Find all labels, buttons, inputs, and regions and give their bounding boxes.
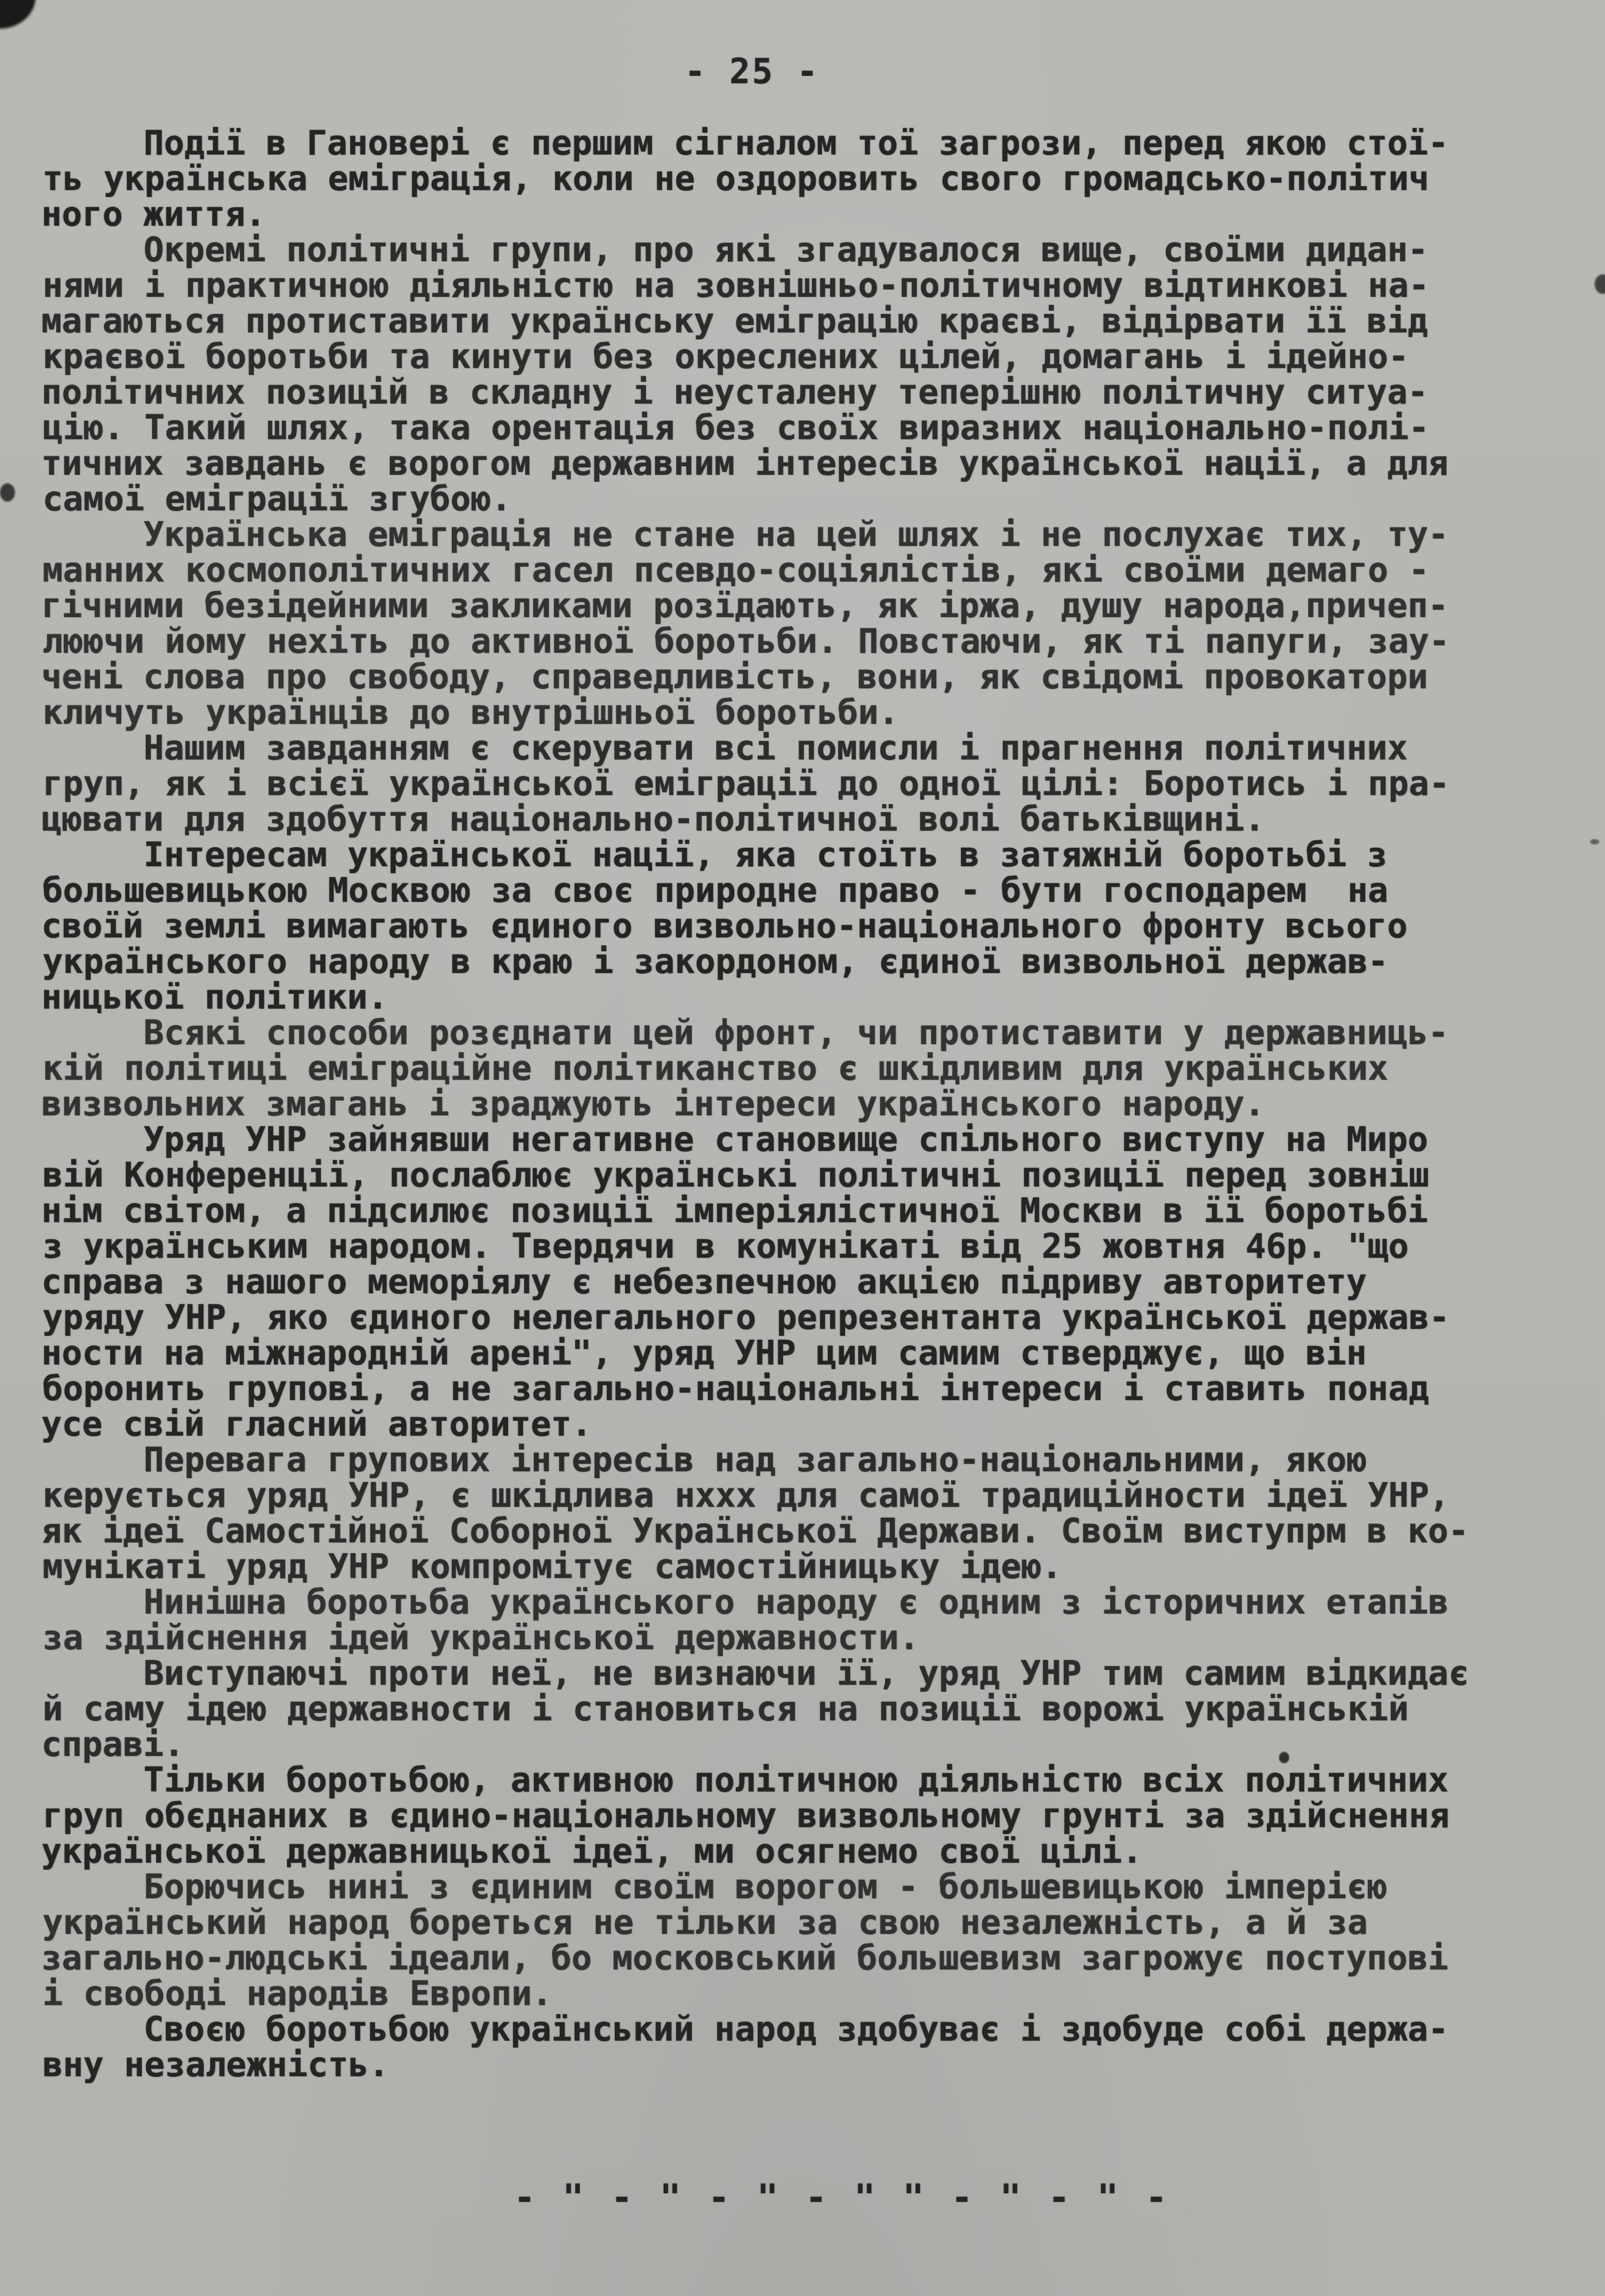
scan-artifact-dot [1595, 274, 1605, 294]
text-line: чені слова про свободу, справедливість, … [41, 659, 1559, 695]
paragraph: Перевага групових інтересів над загально… [41, 1442, 1559, 1584]
footer-divider: - " - " - " - " " - " - " - [514, 2177, 1170, 2219]
text-line: цію. Такий шлях, така орентація без свої… [42, 410, 1560, 445]
scan-artifact-dot [1590, 839, 1599, 844]
text-line: Тільки боротьбою, активною політичною ді… [41, 1762, 1559, 1798]
paragraph: Інтересам української нації, яка стоїть … [41, 837, 1559, 1015]
paragraph: Всякі способи розєднати цей фронт, чи пр… [41, 1015, 1559, 1122]
text-line: український народ бореться не тільки за … [42, 1905, 1560, 1940]
text-line: своїй землі вимагають єдиного визвольно-… [41, 908, 1559, 944]
text-line: мунікаті уряд УНР компромітує самостійни… [42, 1549, 1560, 1584]
text-line: тичних завдань є ворогом державним інтер… [41, 445, 1559, 481]
paragraph: Події в Гановері є першим сігналом тої з… [41, 125, 1559, 232]
text-line: ть українська еміграція, коли не оздоров… [42, 161, 1560, 196]
scanned-document-page: - 25 - Події в Гановері є першим сігнало… [0, 0, 1605, 2296]
text-line: Борючись нині з єдиним своїм ворогом - б… [41, 1869, 1559, 1905]
paragraph: Уряд УНР зайнявши негативне становище сп… [41, 1122, 1559, 1442]
text-line: манних космополітичних гасел псевдо-соці… [42, 552, 1560, 588]
text-line: цювати для здобуття національно-політичн… [41, 801, 1559, 837]
text-line: уряду УНР, яко єдиного нелегального репр… [42, 1300, 1560, 1335]
text-line: Інтересам української нації, яка стоїть … [41, 837, 1559, 872]
text-line: люючи йому нехіть до активної боротьби. … [42, 623, 1560, 659]
text-line: Нашим завданням є скерувати всі помисли … [41, 730, 1559, 766]
text-line: за здійснення ідей української державнос… [42, 1620, 1560, 1655]
text-line: й саму ідею державности і становиться на… [42, 1691, 1560, 1727]
paragraph: Нинішна боротьба українського народу є о… [41, 1584, 1559, 1655]
text-line: краєвої боротьби та кинути без окреслени… [42, 339, 1560, 374]
text-line: кличуть українців до внутрішньої боротьб… [42, 695, 1560, 730]
text-line: справі. [41, 1727, 1559, 1762]
text-line: ницької політики. [41, 979, 1559, 1015]
text-line: Уряд УНР зайнявши негативне становище сп… [41, 1122, 1559, 1157]
paragraph: Виступаючі проти неї, не визнаючи її, ур… [41, 1655, 1559, 1762]
scan-artifact-dot [0, 483, 15, 502]
text-line: Події в Гановері є першим сігналом тої з… [41, 125, 1559, 161]
text-line: Українська еміграція не стане на цей шля… [41, 517, 1559, 552]
text-line: магаються протиставити українську емігра… [41, 303, 1559, 339]
text-line: загально-людські ідеали, бо московський … [41, 1940, 1559, 1976]
paragraph: Окремі політичні групи, про які згадувал… [41, 232, 1559, 517]
text-line: груп, як і всієї української еміграції д… [42, 766, 1560, 801]
text-line: нями і практичною діяльністю на зовнішнь… [42, 267, 1560, 303]
text-line: нім світом, а підсилює позиції імперіялі… [41, 1193, 1559, 1228]
text-line: вій Конференції, послаблює українські по… [42, 1157, 1560, 1193]
page-number: - 25 - [0, 0, 1554, 92]
text-line: як ідеї Самостійної Соборної Української… [41, 1513, 1559, 1549]
text-line: визвольних змагань і зраджують інтереси … [41, 1086, 1559, 1122]
paragraph: Українська еміграція не стане на цей шля… [41, 517, 1559, 730]
paragraph: Борючись нині з єдиним своїм ворогом - б… [41, 1869, 1559, 2011]
text-line: самої еміграції згубою. [42, 481, 1560, 517]
text-line: вну незалежність. [42, 2047, 1560, 2082]
text-line: большевицькою Москвою за своє природне п… [42, 872, 1560, 908]
paragraph: Тільки боротьбою, активною політичною ді… [41, 1762, 1559, 1869]
text-line: Перевага групових інтересів над загально… [41, 1442, 1559, 1477]
text-line: української державницької ідеї, ми осягн… [41, 1833, 1559, 1869]
text-line: справа з нашого меморіялу є небезпечною … [41, 1264, 1559, 1300]
text-line: Виступаючі проти неї, не визнаючи її, ур… [41, 1655, 1559, 1691]
text-line: гічними безідейними закликами розїдають,… [41, 588, 1559, 623]
text-line: Нинішна боротьба українського народу є о… [41, 1584, 1559, 1620]
text-line: з українським народом. Твердячи в комуні… [42, 1228, 1560, 1264]
text-line: усе свій гласний авторитет. [41, 1406, 1559, 1442]
text-line: українського народу в краю і закордоном,… [42, 944, 1560, 979]
text-line: політичних позицій в складну і неустален… [41, 374, 1559, 410]
text-line: керується уряд УНР, є шкідлива нххх для … [42, 1477, 1560, 1513]
paragraph: Нашим завданням є скерувати всі помисли … [41, 730, 1559, 837]
text-line: Окремі політичні групи, про які згадувал… [41, 232, 1559, 267]
text-line: Всякі способи розєднати цей фронт, чи пр… [41, 1015, 1559, 1050]
text-line: ного життя. [41, 196, 1559, 232]
text-line: Своєю боротьбою український народ здобув… [41, 2011, 1559, 2047]
text-line: і свободі народів Европи. [42, 1976, 1560, 2011]
document-body: Події в Гановері є першим сігналом тої з… [41, 125, 1559, 2082]
text-line: ности на міжнародній арені", уряд УНР ци… [41, 1335, 1559, 1371]
text-line: кій політиці еміграційне політиканство є… [42, 1050, 1560, 1086]
text-line: боронить групові, а не загально-націонал… [42, 1371, 1560, 1406]
text-line: груп обєднаних в єдино-національному виз… [42, 1798, 1560, 1833]
paragraph: Своєю боротьбою український народ здобув… [41, 2011, 1559, 2082]
